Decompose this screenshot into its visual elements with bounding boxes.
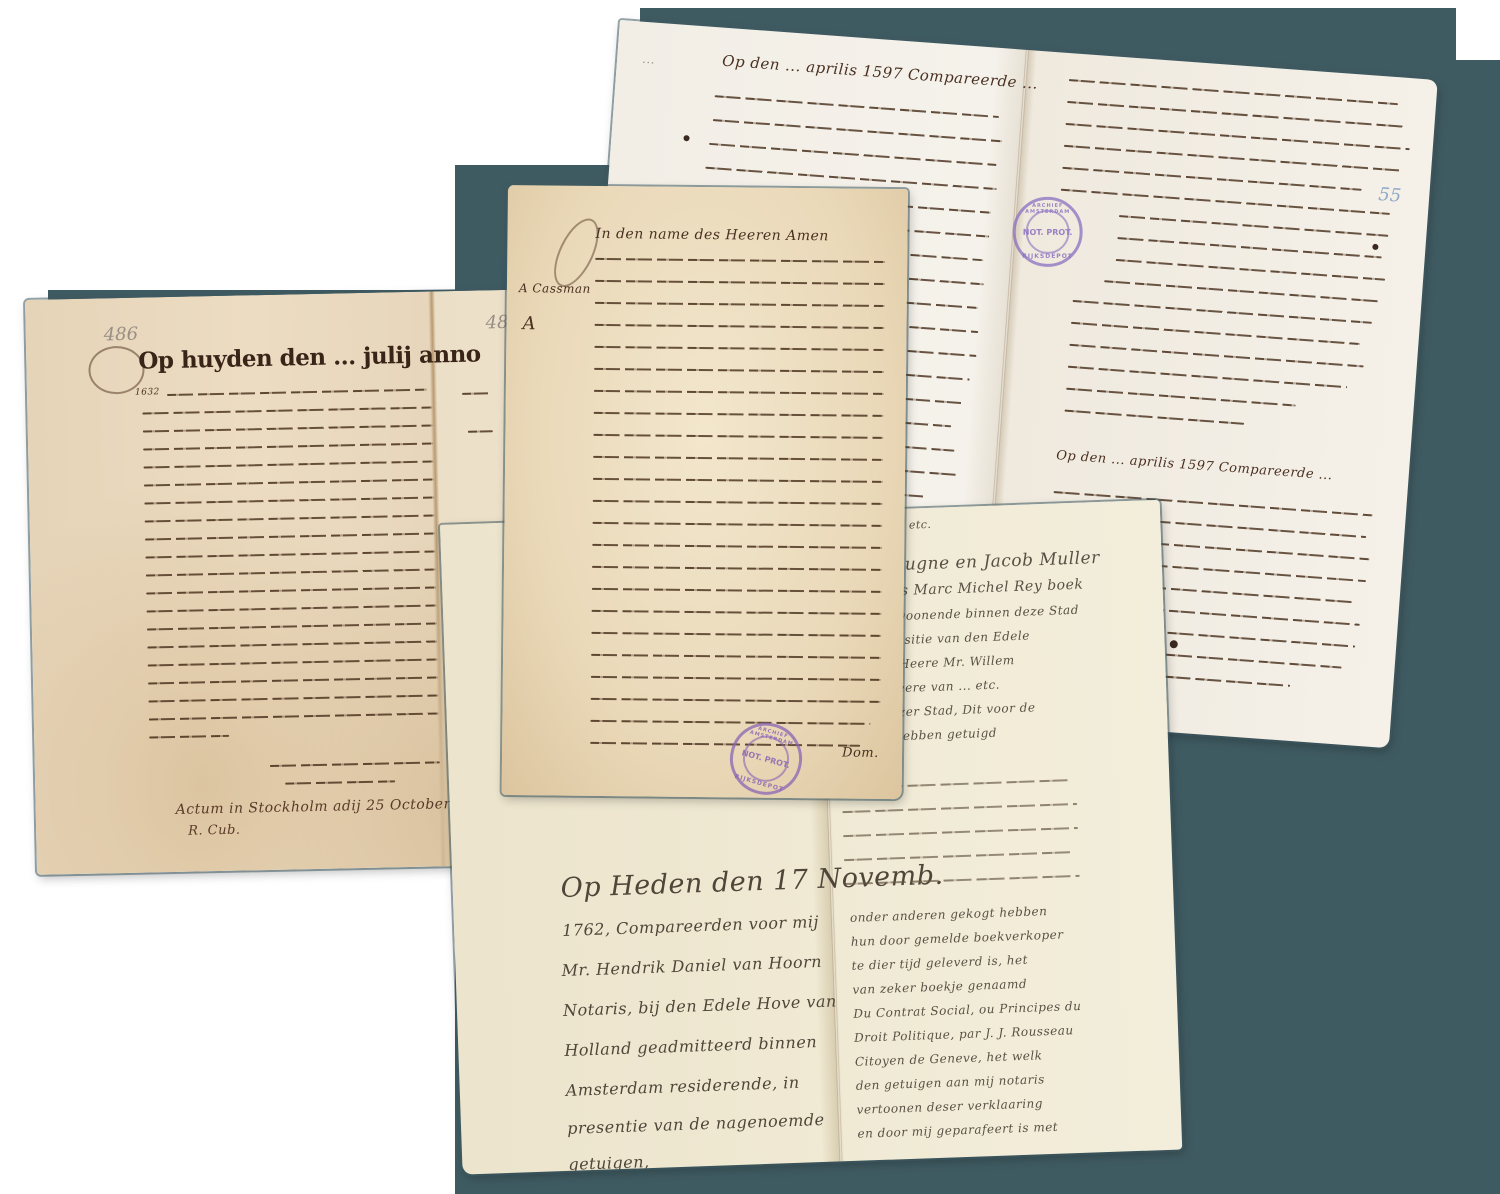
handwriting-line [285,780,395,784]
handwriting-line [143,442,433,450]
ink-dot [1169,640,1178,649]
handwriting-line [1061,189,1390,215]
handwriting-line [709,143,996,166]
handwriting-line [715,95,999,118]
handwriting-line [1116,259,1385,281]
handwriting-line [590,720,870,725]
handwriting-line [145,532,435,540]
handwriting-line [590,742,860,747]
handwriting-line [462,392,492,395]
handwriting-line [145,514,435,522]
handwriting-line [1117,237,1381,258]
handwriting-line [1104,280,1378,302]
text-line: vertoonen deser verklaaring [856,1092,1180,1117]
handwriting-line [1069,79,1398,105]
handwriting-line [144,460,434,468]
handwriting-line [147,640,437,648]
text-line: hun door gemelde boekverkoper [851,924,1175,949]
handwriting-line [593,500,883,505]
handwriting-line [468,430,493,433]
handwriting-line [143,424,433,432]
handwriting-line [594,390,884,395]
archive-stamp: ARCHIEF AMSTERDAM NOT. PROT. RIJKSDEPOT [722,714,811,799]
handwriting-line [149,735,229,739]
handwriting-line [594,368,884,373]
handwriting-line [592,588,882,593]
handwriting-line [147,604,437,612]
handwriting-line [595,258,885,263]
handwriting-line [1067,101,1406,128]
text-line-1: Op Heden den 17 Novemb. [560,864,828,904]
stamp-bottom-text: RIJKSDEPOT [1016,253,1080,260]
opening-line: In den name des Heeren Amen [595,226,907,245]
handwriting-line [713,119,1002,142]
handwriting-line [592,566,882,571]
closing-mark: Dom. [842,746,902,762]
handwriting-line [145,550,435,558]
handwriting-line [1071,322,1360,345]
handwriting-line [594,412,884,417]
handwriting-line [592,544,882,549]
ink-dot [1372,244,1378,250]
handwriting-line [593,478,883,483]
handwriting-line [148,658,438,666]
handwriting-line [844,851,1074,861]
page-number: 55 [1378,184,1402,207]
handwriting-line [146,568,436,576]
handwriting-line [148,676,438,684]
text-line: onder anderen gekogt hebben [850,900,1174,925]
handwriting-line [845,875,1080,885]
handwriting-line [1066,123,1410,150]
handwriting-line [591,632,881,637]
handwriting-line [144,478,434,486]
text-line: Du Contrat Social, ou Principes du [853,996,1177,1021]
text-line: en door mij geparafeert is met [857,1115,1181,1140]
text-line-6: Amsterdam residerende, in [565,1072,834,1100]
text-line: van zeker boekje genaamd [852,972,1176,997]
handwriting-line [593,456,883,461]
handwriting-line [1119,215,1388,237]
handwriting-line [1062,167,1361,191]
handwriting-line [591,654,881,659]
handwriting-line [142,406,432,414]
handwriting-line [1069,344,1363,368]
handwriting-line [146,586,436,594]
handwriting-line [1065,410,1245,425]
lower-entry-opening: Op den ... aprilis 1597 Compareerde ... [1056,448,1409,489]
page-number-left: 486 [104,324,139,346]
ink-dot [683,135,689,141]
handwriting-line [147,622,437,630]
text-line: Citoyen de Geneve, het welk [855,1044,1179,1069]
handwriting-line [148,694,438,702]
center-document: A Cassman A In den name des Heeren Amen … [502,185,908,799]
handwriting-line [591,698,881,703]
archive-stamp: ARCHIEF AMSTERDAM NOT. PROT. RIJKSDEPOT [1013,197,1083,267]
handwriting-line [843,827,1078,837]
handwriting-line [705,167,996,190]
text-line: Droit Politique, par J. J. Rousseau [854,1020,1178,1045]
handwriting-line [592,610,882,615]
handwriting-line [595,302,885,307]
handwriting-line [594,346,884,351]
text-line: te dier tijd geleverd is, het [851,948,1175,973]
text-line: den getuigen aan mij notaris [856,1068,1180,1093]
handwriting-line [270,761,440,767]
opening-line: Op den ... aprilis 1597 Compareerde ... [722,52,1023,92]
stamp-center-text: NOT. PROT. [1023,227,1073,236]
text-line-7: presentie van de nagenoemde [567,1110,836,1138]
handwriting-line [1073,300,1372,324]
handwriting-line [842,803,1077,813]
handwriting-line [144,496,434,504]
text-line-4: Notaris, bij den Edele Hove van [563,992,832,1020]
text-line-5: Holland geadmitteerd binnen [564,1032,833,1060]
stamp-top-text: ARCHIEF AMSTERDAM [1016,203,1080,215]
handwriting-line [1066,388,1296,407]
handwriting-line [591,676,881,681]
text-line-3: Mr. Hendrik Daniel van Hoorn [561,952,830,980]
text-line-2: 1762, Compareerden voor mij [562,912,830,940]
handwriting-line [592,522,882,527]
handwriting-line [1064,145,1403,172]
handwriting-line [593,434,883,439]
handwriting-line [1068,366,1347,389]
handwriting-line [149,712,439,720]
